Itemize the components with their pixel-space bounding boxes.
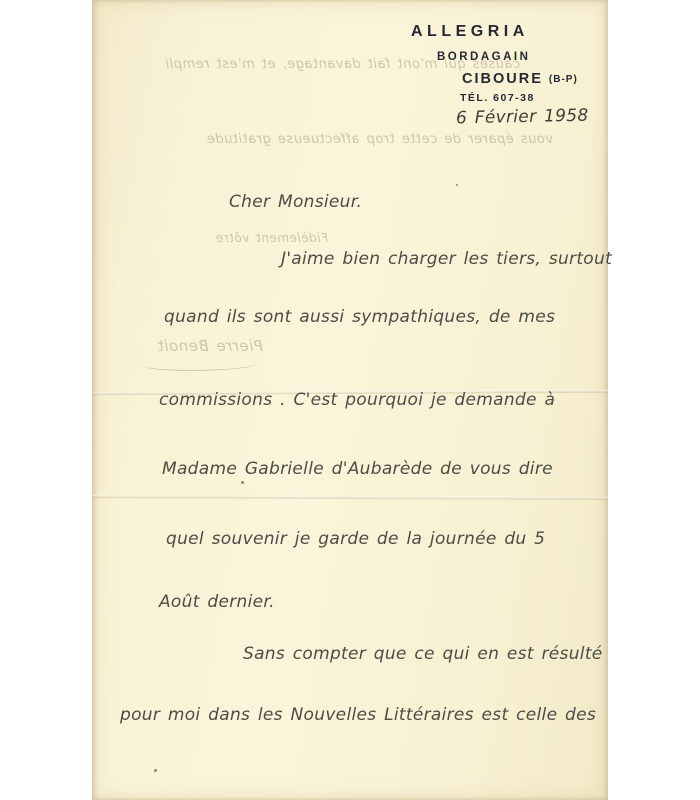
body-line: J'aime bien charger les tiers, surtout — [281, 249, 612, 269]
body-line: Madame Gabrielle d'Aubarède de vous dire — [162, 459, 553, 479]
scanned-letter-page: causes qui m'ont fait davantage, et m'es… — [0, 0, 700, 800]
letterhead-department: (B-P) — [549, 74, 578, 85]
letterhead-name: ALLEGRIA — [411, 23, 529, 41]
salutation: Cher Monsieur. — [229, 192, 362, 212]
body-line: commissions . C'est pourquoi je demande … — [159, 390, 555, 410]
body-line: Sans compter que ce qui en est résulté — [243, 644, 603, 664]
handwritten-date: 6 Février 1958 — [456, 106, 589, 129]
body-line: Août dernier. — [159, 592, 275, 612]
letterhead-phone: TÉL. 607-38 — [460, 92, 535, 104]
letterhead-place: BORDAGAIN — [437, 51, 530, 63]
body-line: pour moi dans les Nouvelles Littéraires … — [120, 705, 596, 725]
body-line: quand ils sont aussi sympathiques, de me… — [164, 307, 555, 327]
letterhead-town-line: CIBOURE (B-P) — [462, 71, 578, 87]
letterhead-town: CIBOURE — [462, 71, 543, 87]
body-line: quel souvenir je garde de la journée du … — [166, 529, 545, 549]
